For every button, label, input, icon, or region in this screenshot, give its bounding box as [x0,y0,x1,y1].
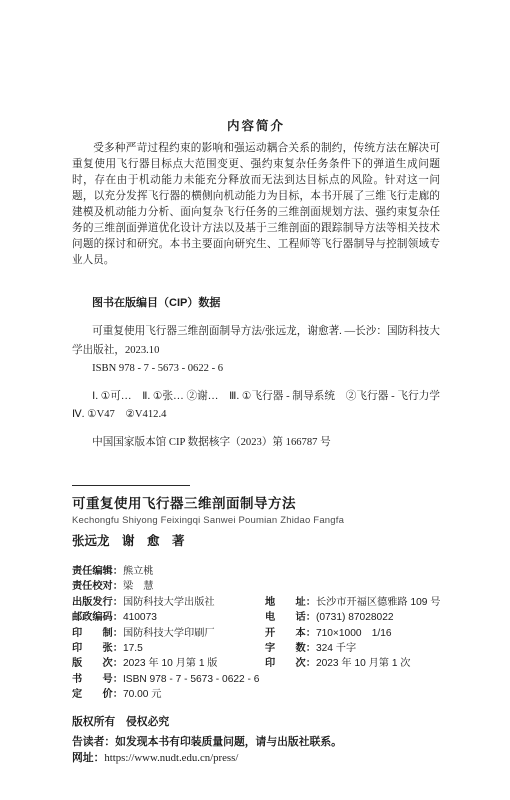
cip-isbn: ISBN 978 - 7 - 5673 - 0622 - 6 [72,360,440,379]
colophon-row-price: 定 价：70.00 元 [72,687,440,702]
colophon-label: 版 次： [72,658,123,669]
summary-heading: 内容简介 [72,116,440,134]
colophon-label: 责任校对： [72,581,123,592]
colophon-row-sheets-wordcount: 印 张：17.5 字 数：324 千字 [72,641,440,656]
colophon-value: 70.00 元 [123,689,162,700]
colophon-row-proofreader: 责任校对：梁 慧 [72,579,440,594]
colophon-value: 梁 慧 [123,581,154,592]
colophon-label: 地 址： [265,597,316,608]
colophon-value: 国防科技大学出版社 [123,597,215,608]
colophon-value: 2023 年 10 月第 1 版 [123,658,218,669]
colophon-value: (0731) 87028022 [316,612,394,623]
colophon-value: ISBN 978 - 7 - 5673 - 0622 - 6 [123,674,259,685]
summary-paragraph: 受多种严苛过程约束的影响和强运动耦合关系的制约，传统方法在解决可重复使用飞行器目… [72,141,440,269]
colophon-label: 书 号： [72,674,123,685]
colophon-value: 324 千字 [316,643,356,654]
colophon-label: 印 次： [265,658,316,669]
colophon-label: 责任编辑： [72,566,123,577]
copyright-page: 内容简介 受多种严苛过程约束的影响和强运动耦合关系的制约，传统方法在解决可重复使… [0,0,510,800]
cip-record-number: 中国国家版本馆 CIP 数据核字（2023）第 166787 号 [72,434,440,453]
colophon-value: 17.5 [123,643,143,654]
cip-classification: Ⅰ. ①可… Ⅱ. ①张… ②谢… Ⅲ. ①飞行器 - 制导系统 ②飞行器 - … [72,388,440,425]
colophon-label: 开 本： [265,628,316,639]
colophon-row-isbn: 书 号：ISBN 978 - 7 - 5673 - 0622 - 6 [72,672,440,687]
website-url: https://www.nudt.edu.cn/press/ [104,752,238,764]
colophon-label: 定 价： [72,689,123,700]
website-line: 网址：https://www.nudt.edu.cn/press/ [72,750,440,766]
colophon-row-printer-format: 印 制：国防科技大学印刷厂 开 本：710×1000 1/16 [72,626,440,641]
colophon-row-publisher-address: 出版发行：国防科技大学出版社 地 址：长沙市开福区德雅路 109 号 [72,595,440,610]
colophon-label: 电 话： [265,612,316,623]
page-content: 内容简介 受多种严苛过程约束的影响和强运动耦合关系的制约，传统方法在解决可重复使… [72,0,440,766]
colophon-row-edition-printing: 版 次：2023 年 10 月第 1 版 印 次：2023 年 10 月第 1 … [72,656,440,671]
book-title-pinyin: Kechongfu Shiyong Feixingqi Sanwei Poumi… [72,515,440,526]
colophon-label: 邮政编码： [72,612,123,623]
book-authors: 张远龙 谢 愈 著 [72,531,440,549]
copyright-notice: 版权所有 侵权必究 [72,714,440,729]
colophon-label: 出版发行： [72,597,123,608]
colophon-value: 2023 年 10 月第 1 次 [316,658,411,669]
colophon-label: 字 数： [265,643,316,654]
cip-heading: 图书在版编目（CIP）数据 [72,294,440,310]
colophon-label: 印 制： [72,628,123,639]
colophon-value: 熊立桃 [123,566,154,577]
colophon-label: 印 张： [72,643,123,654]
colophon-row-editor: 责任编辑：熊立桃 [72,564,440,579]
colophon-value: 410073 [123,612,157,623]
colophon-value: 国防科技大学印刷厂 [123,628,215,639]
book-title: 可重复使用飞行器三维剖面制导方法 [72,492,440,512]
reader-notice: 告读者：如发现本书有印装质量问题，请与出版社联系。 [72,734,440,750]
colophon-row-postcode-phone: 邮政编码：410073 电 话：(0731) 87028022 [72,610,440,625]
colophon-value: 710×1000 1/16 [316,628,392,639]
section-divider [72,485,190,486]
colophon-table: 责任编辑：熊立桃 责任校对：梁 慧 出版发行：国防科技大学出版社 地 址：长沙市… [72,564,440,703]
website-label: 网址： [72,752,104,764]
cip-entry: 可重复使用飞行器三维剖面制导方法/张远龙，谢愈著. —长沙：国防科技大学出版社，… [72,323,440,360]
colophon-value: 长沙市开福区德雅路 109 号 [316,597,441,608]
